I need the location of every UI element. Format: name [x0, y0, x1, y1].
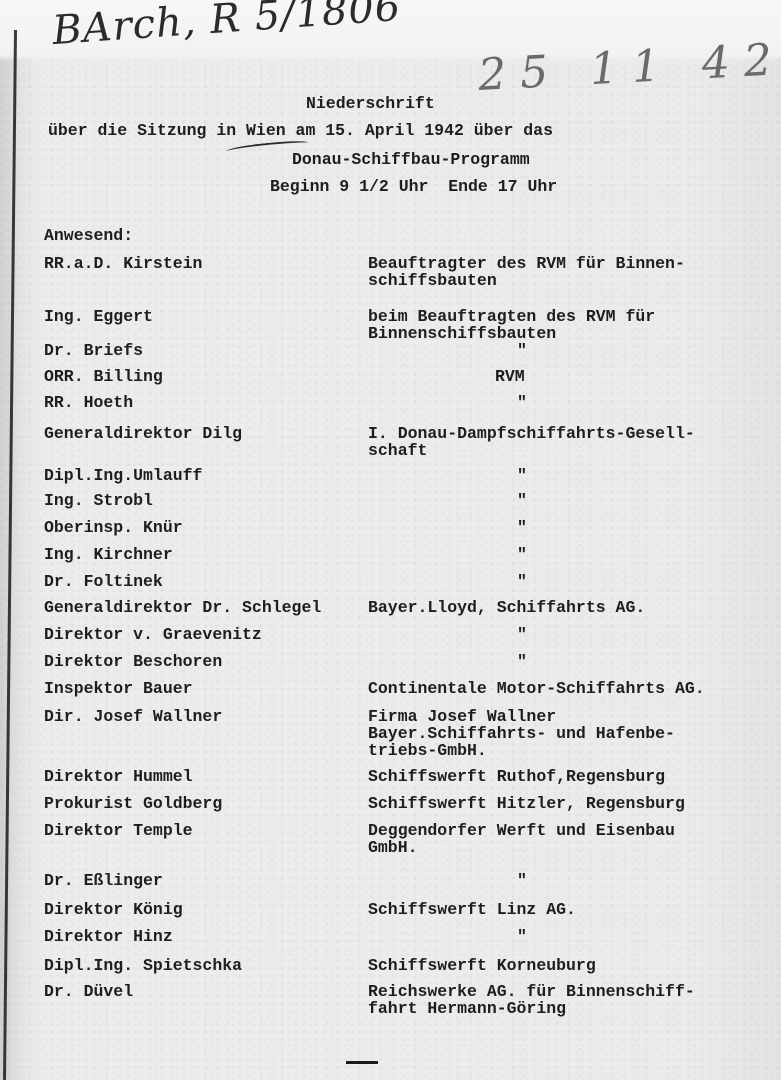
attendee-name: Dr. Eßlinger [44, 872, 163, 890]
attendee-name: Dr. Briefs [44, 342, 143, 360]
attendee-name: Dipl.Ing.Umlauff [44, 467, 202, 485]
attendee-name: Prokurist Goldberg [44, 795, 222, 813]
attendee-name: Generaldirektor Dilg [44, 425, 242, 443]
attendee-organization: Beauftragter des RVM für Binnen- schiffs… [368, 255, 685, 289]
attendee-name: Dir. Josef Wallner [44, 708, 222, 726]
attendee-organization: Schiffswerft Linz AG. [368, 901, 576, 918]
binding-edge-line [3, 30, 17, 1080]
ditto-mark: " [517, 519, 527, 536]
attendee-name: Direktor Hinz [44, 928, 173, 946]
attendee-organization: I. Donau-Dampfschiffahrts-Gesell- schaft [368, 425, 695, 459]
attendee-name: Dr. Düvel [44, 983, 133, 1001]
meeting-description: über die Sitzung in Wien am 15. April 19… [48, 122, 553, 140]
attendee-name: Ing. Kirchner [44, 546, 173, 564]
attendee-organization: Deggendorfer Werft und Eisenbau GmbH. [368, 822, 675, 856]
ditto-mark: " [517, 928, 527, 945]
attendee-name: Generaldirektor Dr. Schlegel [44, 599, 321, 617]
program-name: Donau-Schiffbau-Programm [292, 151, 530, 169]
attendee-name: Oberinsp. Knür [44, 519, 183, 537]
attendee-organization: beim Beauftragten des RVM für Binnenschi… [368, 308, 655, 342]
ditto-mark: " [517, 872, 527, 889]
attendee-organization: RVM [495, 368, 525, 385]
document-page: BArch, R 5/1806 25 11 42 Niederschrift ü… [0, 0, 781, 1080]
attendee-name: Direktor v. Graevenitz [44, 626, 262, 644]
ditto-mark: " [517, 492, 527, 509]
attendee-organization: Firma Josef Wallner Bayer.Schiffahrts- u… [368, 708, 675, 759]
attendee-name: Direktor Temple [44, 822, 193, 840]
ditto-mark: " [517, 653, 527, 670]
attendee-name: RR. Hoeth [44, 394, 133, 412]
meeting-times: Beginn 9 1/2 Uhr Ende 17 Uhr [270, 178, 557, 196]
ditto-mark: " [517, 342, 527, 359]
attendee-organization: Schiffswerft Korneuburg [368, 957, 596, 974]
ditto-mark: " [517, 573, 527, 590]
attendee-name: Direktor Hummel [44, 768, 193, 786]
attendee-organization: Schiffswerft Hitzler, Regensburg [368, 795, 685, 812]
ditto-mark: " [517, 546, 527, 563]
attendee-name: Ing. Strobl [44, 492, 153, 510]
attendee-organization: Schiffswerft Ruthof,Regensburg [368, 768, 665, 785]
attendee-name: Direktor König [44, 901, 183, 919]
page-continuation-mark [346, 1061, 378, 1064]
attendee-name: Ing. Eggert [44, 308, 153, 326]
attendee-name: RR.a.D. Kirstein [44, 255, 202, 273]
document-title: Niederschrift [306, 95, 435, 113]
attendee-name: Inspektor Bauer [44, 680, 193, 698]
attendee-organization: Continentale Motor-Schiffahrts AG. [368, 680, 705, 697]
attendee-organization: Bayer.Lloyd, Schiffahrts AG. [368, 599, 645, 616]
attendance-label: Anwesend: [44, 227, 133, 245]
attendee-organization: Reichswerke AG. für Binnenschiff- fahrt … [368, 983, 695, 1017]
ditto-mark: " [517, 394, 527, 411]
attendee-name: ORR. Billing [44, 368, 163, 386]
ditto-mark: " [517, 467, 527, 484]
attendee-name: Direktor Beschoren [44, 653, 222, 671]
ditto-mark: " [517, 626, 527, 643]
attendee-name: Dipl.Ing. Spietschka [44, 957, 242, 975]
attendee-name: Dr. Foltinek [44, 573, 163, 591]
